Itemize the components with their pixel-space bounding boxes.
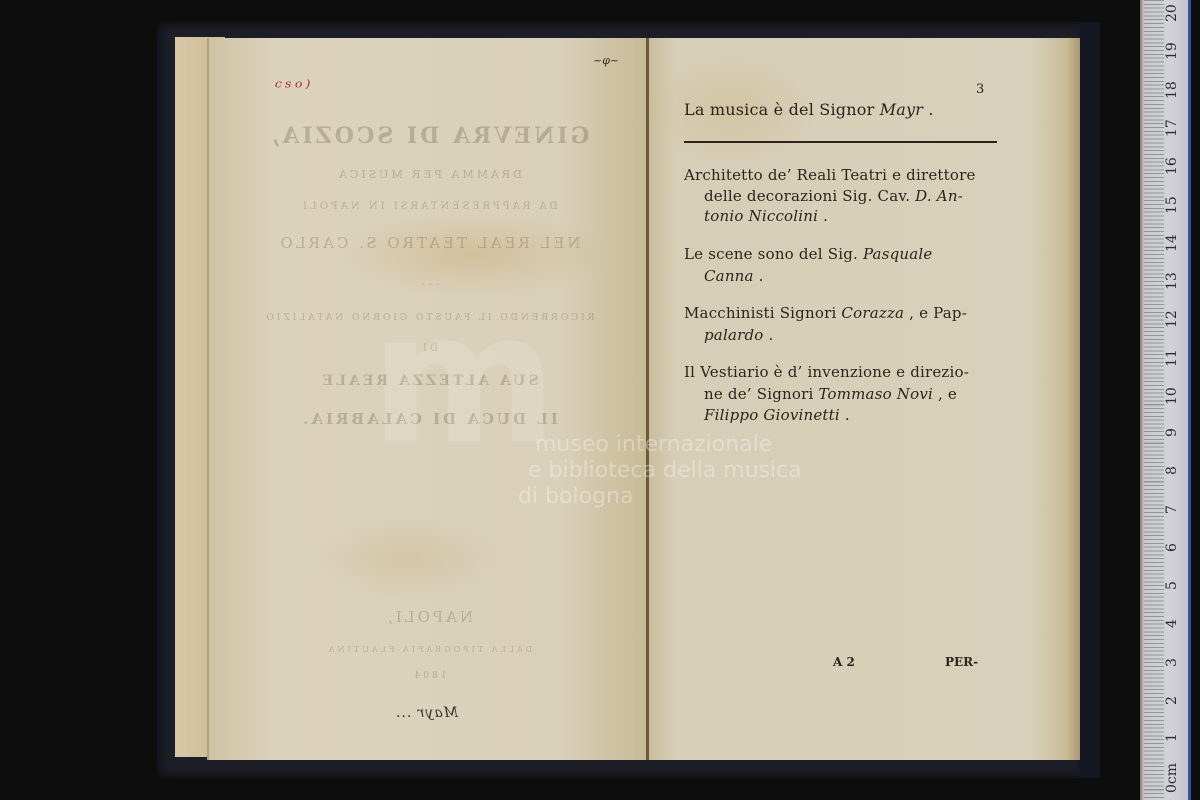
bleed-line: NEL REAL TEATRO S. CARLO <box>209 234 649 252</box>
board-edge <box>1078 22 1100 778</box>
ruler-label: 18 <box>1164 81 1180 99</box>
credit-line: Macchinisti Signori Corazza , e Pap- <box>684 304 967 322</box>
ruler-ticks <box>1144 0 1164 800</box>
ruler-label: 19 <box>1164 42 1180 60</box>
red-ink-annotation: ᶜˢᵒ⁾ <box>275 75 313 99</box>
watermark-line: e biblioteca della musica <box>528 458 802 483</box>
bleed-line: DALLA TIPOGRAFIA FLAUTINA <box>209 645 649 654</box>
handwritten-note: Mayr ... <box>395 705 458 721</box>
bleed-title: GINEVRA DI SCOZIA, <box>209 123 649 149</box>
credit-line: tonio Niccolini . <box>704 207 828 225</box>
ruler-label: 15 <box>1164 196 1180 214</box>
credit-line: palardo . <box>704 326 773 344</box>
credit-line: delle decorazioni Sig. Cav. D. An- <box>704 187 963 205</box>
music-credit: La musica è del Signor Mayr . <box>684 100 934 119</box>
watermark-line: di bologna <box>518 484 633 509</box>
ruler-label: 16 <box>1164 157 1180 175</box>
ruler-label: 10 <box>1164 387 1180 405</box>
credit-line: Canna . <box>704 267 764 285</box>
ruler-label: 8 <box>1164 466 1180 475</box>
ruler-label: 5 <box>1164 581 1180 590</box>
credit-line: Filippo Giovinetti . <box>704 406 850 424</box>
ruler-label: 6 <box>1164 543 1180 552</box>
ruler-label: 13 <box>1164 272 1180 290</box>
ruler-label: 4 <box>1164 619 1180 628</box>
ruler-label: 20 <box>1164 4 1180 22</box>
ruler-label: 2 <box>1164 696 1180 705</box>
ruler-label: 14 <box>1164 234 1180 252</box>
signature-mark: A 2 <box>833 655 855 669</box>
bleed-line: NAPOLI, <box>209 608 649 626</box>
bleed-line: DA RAPPRESENTARSI IN NAPOLI <box>209 201 649 212</box>
ruler-label: 1 <box>1164 733 1180 742</box>
catchword: PER- <box>945 655 978 669</box>
ruler-label: 7 <box>1164 505 1180 514</box>
credit-line: Il Vestiario è d’ invenzione e direzio- <box>684 363 969 381</box>
bleed-line: 1804 <box>209 671 649 681</box>
ink-mark: ~φ~ <box>593 54 619 67</box>
page-number: 3 <box>976 82 984 97</box>
ruler-label: 0cm <box>1164 763 1180 793</box>
measurement-ruler: 0cm 1 2 3 4 5 6 7 8 9 10 11 12 13 14 15 … <box>1140 0 1191 800</box>
ruler-label: 17 <box>1164 119 1180 137</box>
ruler-label: 11 <box>1164 349 1180 367</box>
bleed-line: DRAMMA PER MUSICA <box>209 168 649 181</box>
horizontal-rule <box>684 141 997 143</box>
credit-line: ne de’ Signori Tommaso Novi , e <box>704 385 957 403</box>
page-fold-edge <box>1068 38 1080 760</box>
credit-line: Architetto de’ Reali Teatri e direttore <box>684 166 976 184</box>
ruler-label: 3 <box>1164 658 1180 667</box>
ruler-label: 9 <box>1164 428 1180 437</box>
ruler-label: 12 <box>1164 310 1180 328</box>
watermark-line: museo internazionale <box>535 432 772 457</box>
credit-line: Le scene sono del Sig. Pasquale <box>684 245 932 263</box>
